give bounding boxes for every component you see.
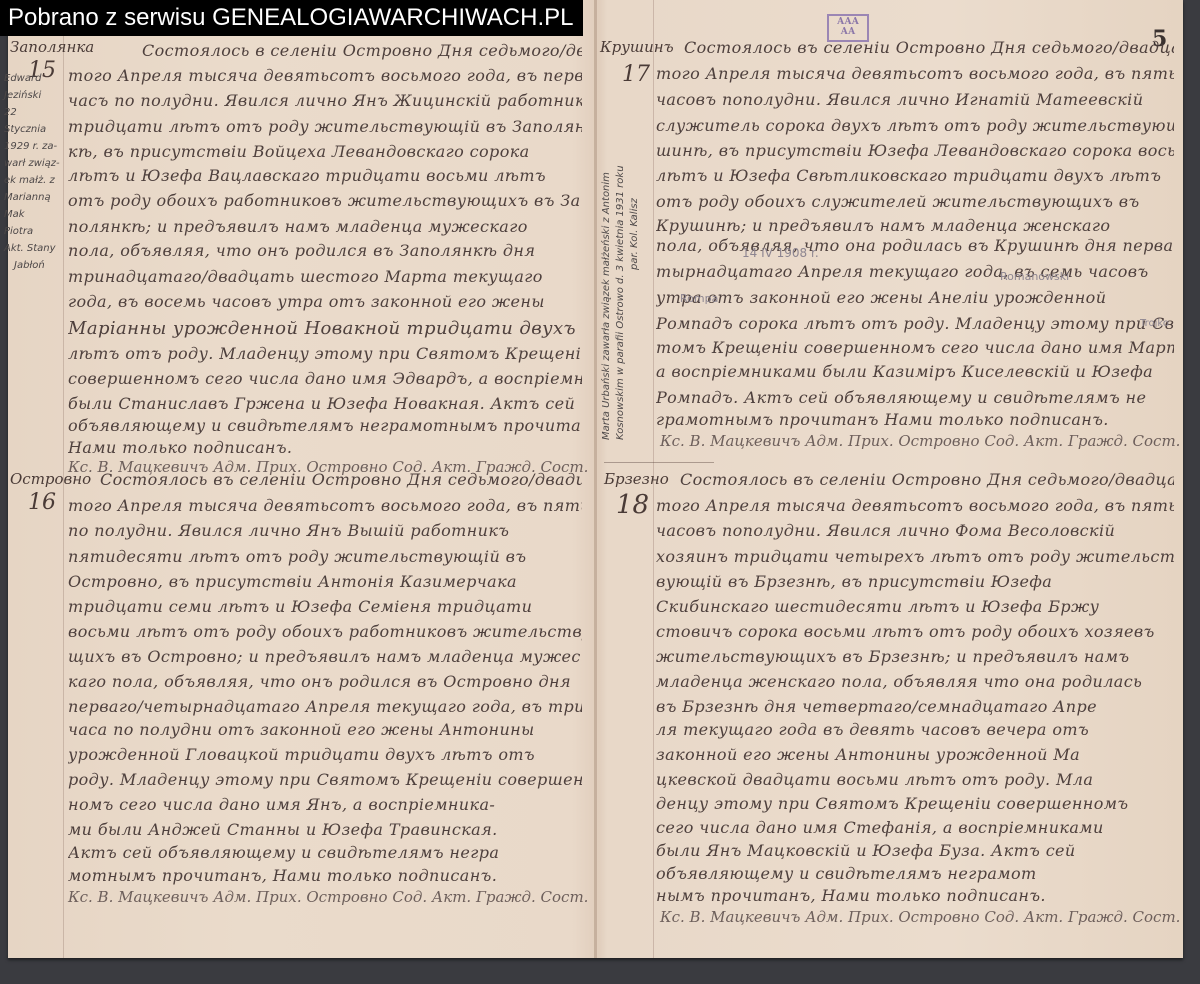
- text-line: того Апреля тысяча девятьсотъ восьмого г…: [656, 64, 1174, 83]
- text-line: въ Брзезнѣ дня четвертаго/семнадцатаго А…: [656, 697, 1174, 716]
- text-line: денцу этому при Святомъ Крещеніи соверше…: [656, 794, 1174, 813]
- text-line: часовъ пополудни. Явился лично Игнатій М…: [656, 90, 1174, 109]
- margin-note-line: Piotra: [4, 223, 62, 240]
- text-line: того Апреля тысяча девятьсотъ восьмого г…: [656, 496, 1174, 515]
- entry-number: 16: [28, 490, 56, 515]
- text-line: Состоялось въ селеніи Островно Дня седьм…: [100, 470, 582, 489]
- text-line: лѣтъ отъ роду. Младенцу этому при Святом…: [68, 344, 582, 363]
- margin-note: Edward Jeziński 22 Stycznia 1929 r. za- …: [4, 70, 62, 274]
- text-line: перваго/четырнадцатаго Апреля текущаго г…: [68, 697, 582, 716]
- margin-note-line: Jeziński: [4, 87, 62, 104]
- text-line: Крушинѣ; и предъявилъ намъ младенца женс…: [656, 216, 1174, 235]
- entry-number: 18: [616, 490, 649, 520]
- pencil-date-annotation: 14 IV 1908 r.: [742, 246, 819, 260]
- text-line: года, въ восемь часовъ утра отъ законной…: [68, 292, 582, 311]
- text-line: по полудни. Явился лично Янъ Вышій работ…: [68, 521, 582, 540]
- text-line: ми были Анджей Станны и Юзефа Травинская…: [68, 820, 582, 839]
- text-line: мотнымъ прочитанъ, Нами только подписанъ…: [68, 866, 582, 885]
- signature: Кс. В. Мацкевичъ Адм. Прих. Островно Сод…: [660, 432, 1180, 450]
- text-line: того Апреля тысяча девятьсотъ восьмого г…: [68, 496, 582, 515]
- text-line: хозяинъ тридцати четырехъ лѣтъ отъ роду …: [656, 547, 1174, 566]
- text-line: каго пола, объявляя, что онъ родился въ …: [68, 672, 582, 691]
- margin-note-line: 22 Stycznia: [4, 104, 62, 138]
- text-line: отъ роду обоихъ служителей жительствующи…: [656, 192, 1174, 211]
- text-line: вующій въ Брзезнѣ, въ присутствіи Юзефа: [656, 572, 1174, 591]
- text-line: щихъ въ Островно; и предъявилъ намъ млад…: [68, 647, 582, 666]
- text-line: а воспріемниками были Казиміръ Киселевск…: [656, 362, 1174, 381]
- text-line: Скибинскаго шестидесяти лѣтъ и Юзефа Брж…: [656, 597, 1174, 616]
- text-line: тридцати лѣтъ отъ роду жительствующій въ…: [68, 117, 582, 136]
- text-line: Ромпадъ сорока лѣтъ отъ роду. Младенцу э…: [656, 314, 1174, 333]
- text-line: Состоялось въ селеніи Островно Дня седьм…: [684, 38, 1174, 57]
- text-line: лѣтъ и Юзефа Вацлавскаго тридцати восьми…: [68, 166, 582, 185]
- text-line: шинѣ, въ присутствіи Юзефа Левандовскаго…: [656, 141, 1174, 160]
- margin-note-line: Akt. Stany: [4, 240, 62, 257]
- pencil-name-annotation: Trojko: [1140, 318, 1169, 329]
- watermark-banner: Pobrano z serwisu GENEALOGIAWARCHIWACH.P…: [0, 0, 583, 36]
- vertical-margin-note: Marta Urbański zawarła związek małżeński…: [600, 165, 642, 440]
- text-line: младенца женскаго пола, объявляя что она…: [656, 672, 1174, 691]
- text-line: того Апреля тысяча девятьсотъ восьмого г…: [68, 66, 582, 85]
- entry-place: Крушинъ: [600, 38, 674, 56]
- entry-separator-flourish: [604, 462, 714, 463]
- margin-note-line: warł związ-: [4, 155, 62, 172]
- text-line: часа по полудни отъ законной его жены Ан…: [68, 720, 582, 739]
- text-line: утра отъ законной его жены Анеліи урожде…: [656, 288, 1174, 307]
- text-line: томъ Крещеніи совершенномъ сего числа да…: [656, 338, 1174, 357]
- vertical-note-line: Marta Urbański zawarła związek małżeński…: [600, 165, 614, 440]
- text-line: тринадцатаго/двадцать шестого Марта теку…: [68, 267, 582, 286]
- text-line: пятидесяти лѣтъ отъ роду жительствующій …: [68, 547, 582, 566]
- pencil-name-annotation: Rompa: [680, 292, 718, 305]
- text-line: тырнадцатаго Апреля текущаго года, въ се…: [656, 262, 1174, 281]
- margin-note-line: Jabłoń: [4, 257, 62, 274]
- text-line: Островно, въ присутствіи Антонія Казимер…: [68, 572, 582, 591]
- vertical-note-line: Kosnowskim w parafii Ostrowo d. 3 kwietn…: [614, 165, 628, 440]
- book-gutter: [594, 0, 597, 958]
- entry-place: Брзезно: [604, 470, 669, 488]
- text-line: часовъ пополудни. Явился лично Фома Весо…: [656, 521, 1174, 540]
- text-line: тридцати семи лѣтъ и Юзефа Семіеня тридц…: [68, 597, 582, 616]
- text-line: Нами только подписанъ.: [68, 438, 368, 457]
- text-line: лѣтъ и Юзефа Свѣтликовскаго тридцати дву…: [656, 166, 1174, 185]
- text-line: нымъ прочитанъ, Нами только подписанъ.: [656, 886, 1174, 905]
- text-line: совершенномъ сего числа дано имя Эдвардъ…: [68, 369, 582, 388]
- text-line: часъ по полудни. Явился лично Янъ Жицинс…: [68, 91, 582, 110]
- text-line: пола, объявляя, что онъ родился въ Запол…: [68, 241, 582, 260]
- text-line: Ромпадъ. Актъ сей объявляющему и свидѣте…: [656, 388, 1174, 407]
- vertical-note-line: par. Kol. Kalisz: [628, 165, 642, 440]
- text-line: номъ сего числа дано имя Янъ, а воспріем…: [68, 795, 582, 814]
- entry-place: Заполянка: [10, 38, 94, 56]
- text-line: сего числа дано имя Стефанія, а воспріем…: [656, 818, 1174, 837]
- text-line: восьми лѣтъ отъ роду обоихъ работниковъ …: [68, 622, 582, 641]
- text-line: цкевской двадцати восьми лѣтъ отъ роду. …: [656, 770, 1174, 789]
- entry-place: Островно: [10, 470, 91, 488]
- text-line: роду. Младенцу этому при Святомъ Крещені…: [68, 770, 582, 789]
- pencil-name-annotation: Romanowski: [1000, 270, 1069, 283]
- text-line: были Янъ Мацковскій и Юзефа Буза. Актъ с…: [656, 841, 1174, 860]
- margin-note-line: Marianną: [4, 189, 62, 206]
- text-line: объявляющему и свидѣтелямъ неграмотнымъ …: [68, 416, 582, 435]
- text-line: были Станиславъ Гржена и Юзефа Новакная.…: [68, 394, 582, 413]
- text-line: ля текущаго года въ девять часовъ вечера…: [656, 720, 1174, 739]
- text-line: Состоялось в селеніи Островно Дня седьмо…: [142, 41, 582, 60]
- margin-note-line: 1929 r. za-: [4, 138, 62, 155]
- text-line: полянкѣ; и предъявилъ намъ младенца муже…: [68, 217, 582, 236]
- text-line: служитель сорока двухъ лѣтъ отъ роду жит…: [656, 116, 1174, 135]
- text-line: объявляющему и свидѣтелямъ неграмот: [656, 864, 1174, 883]
- signature: Кс. В. Мацкевичъ Адм. Прих. Островно Сод…: [660, 908, 1180, 926]
- signature: Кс. В. Мацкевичъ Адм. Прих. Островно Сод…: [68, 888, 588, 906]
- text-line: Маріанны урожденной Новакной тридцати дв…: [68, 318, 582, 339]
- text-line: отъ роду обоихъ работниковъ жительствующ…: [68, 191, 582, 210]
- text-line: пола, объявляя, что она родилась въ Круш…: [656, 236, 1174, 255]
- text-line: урожденной Гловацкой тридцати двухъ лѣтъ…: [68, 745, 582, 764]
- margin-note-line: Edward: [4, 70, 62, 87]
- margin-note-line: ek małż. z: [4, 172, 62, 189]
- text-line: жительствующихъ въ Брзезнѣ; и предъявилъ…: [656, 647, 1174, 666]
- text-line: кѣ, въ присутствіи Войцеха Левандовскаго…: [68, 142, 582, 161]
- text-line: Актъ сей объявляющему и свидѣтелямъ негр…: [68, 843, 582, 862]
- text-line: стовичъ сорока восьми лѣтъ отъ роду обои…: [656, 622, 1174, 641]
- text-line: Состоялось въ селеніи Островно Дня седьм…: [680, 470, 1174, 489]
- margin-note-line: Mak: [4, 206, 62, 223]
- entry-number: 17: [622, 62, 650, 87]
- text-line: грамотнымъ прочитанъ Нами только подписа…: [656, 410, 1174, 429]
- text-line: законной его жены Антонины урожденной Ма: [656, 745, 1174, 764]
